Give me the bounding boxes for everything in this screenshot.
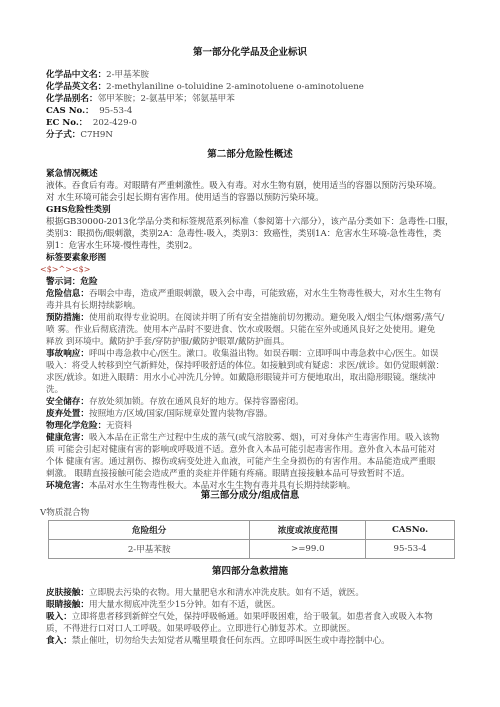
field-label: CAS No.： (46, 106, 94, 116)
mixture-label: V物质混合物 (40, 507, 89, 519)
prevention-cont: 释放 到环境中。戴防护手套/穿防护服/戴防护眼罩/戴防护面具。 (46, 336, 460, 348)
disposal-label: 废弃处置： (46, 409, 89, 419)
disposal-value: 按照地方/区域/国家/国际规章处置内装物/容器。 (89, 409, 272, 419)
field-value: 2-methylaniline o-toluidine 2-aminotolue… (106, 82, 364, 92)
section4-title: 第四部分急救措施 (0, 566, 500, 578)
field-cn-name: 化学品中文名：2-甲基苯胺 (46, 69, 460, 81)
first-aid-text: 立即脱去污染的衣物。用大量肥皂水和清水冲洗皮肤。如有不适，就医。 (89, 588, 364, 598)
response-cont: 洗。 (46, 384, 460, 396)
composition-table: 危险组分 浓度或浓度范围 CASNo. 2-甲基苯胺 >=99.0 95-53-… (48, 520, 455, 559)
first-aid-label: 眼睛接触： (46, 600, 89, 610)
signal-word-value: 危险 (80, 277, 97, 287)
first-aid-label: 皮肤接触： (46, 588, 89, 598)
response: 事故响应：呼叫中毒急救中心/医生。漱口。收集溢出物。如误吞咽：立即呼叫中毒急救中… (46, 348, 460, 360)
label-heading: 标签要素象形图 (46, 252, 460, 264)
pictogram-placeholder: <$>^><$> (40, 264, 460, 276)
table-header: 浓度或浓度范围 (250, 521, 366, 540)
field-ec: EC No.： 202-429-0 (46, 117, 460, 129)
table-row: 2-甲基苯胺 >=99.0 95-53-4 (49, 540, 455, 559)
table-header: CASNo. (366, 521, 455, 540)
ghs-line: 类别3：眼损伤/眼刺激，类别2A：急毒性-吸入，类别3：致癌性，类别1A：危害水… (46, 228, 460, 240)
table-header-row: 危险组分 浓度或浓度范围 CASNo. (49, 521, 455, 540)
ghs-line: 根据GB30000-2013化学品分类和标签规范系列标准（参阅第十六部分），该产… (46, 216, 460, 228)
field-value: 2-甲基苯胺 (106, 70, 149, 80)
health-cont: 刺激。 眼睛直接接触可能会造成严重的炎症并伴随有疼痛。眼睛直接接触本品可导致暂时… (46, 468, 460, 480)
hazard-info-text: 吞咽会中毒，造成严重眼刺激，吸入会中毒，可能致癌，对水生生物毒性极大，对水生生物… (89, 289, 441, 299)
ghs-line: 别1：危害水生环境-慢性毒性，类别2。 (46, 240, 460, 252)
field-label: 分子式： (46, 130, 80, 140)
field-value: 202-429-0 (93, 118, 137, 128)
health-label: 健康危害： (46, 433, 89, 443)
first-aid-text: 用大量水彻底冲洗至少15分钟。如有不适，就医。 (89, 600, 280, 610)
health: 健康危害：吸入本品在正常生产过程中生成的蒸气(或气溶胶雾、烟)，可对身体产生毒害… (46, 432, 460, 444)
table-cell: >=99.0 (250, 540, 366, 559)
field-cas: CAS No.： 95-53-4 (46, 105, 460, 117)
section3-title: 第三部分成分/组成信息 (0, 490, 500, 502)
section1-fields: 化学品中文名：2-甲基苯胺 化学品英文名：2-methylaniline o-t… (46, 69, 460, 141)
field-en-name: 化学品英文名：2-methylaniline o-toluidine 2-ami… (46, 81, 460, 93)
table-cell: 2-甲基苯胺 (49, 540, 250, 559)
response-label: 事故响应： (46, 349, 89, 359)
field-value: C7H9N (80, 130, 113, 140)
field-label: 化学品别名： (46, 94, 98, 104)
sds-document: 第一部分化学品及企业标识 化学品中文名：2-甲基苯胺 化学品英文名：2-meth… (0, 0, 500, 707)
prevention-cont: 喷 雾。作业后彻底清洗。使用本产品时不要进食、饮水或吸烟。只能在室外或通风良好之… (46, 324, 460, 336)
first-aid-text: 立即将患者移到新鲜空气处，保持呼吸畅通。如果呼吸困难，给于吸氧。如患者食入或吸入… (72, 612, 433, 622)
response-cont: 求医/就诊。如进入眼睛：用水小心冲洗几分钟。如戴隐形眼镜并可方便地取出，取出隐形… (46, 372, 460, 384)
response-cont: 吸入：将受人转移到空气新鲜处，保持呼吸舒适的体位。如接触到或有疑虑：求医/就诊。… (46, 360, 460, 372)
hazard-info-label: 危险信息： (46, 289, 89, 299)
first-aid-ingest: 食入：禁止催吐，切勿给失去知觉者从嘴里喂食任何东西。立即呼叫医生或中毒控制中心。 (46, 635, 460, 647)
health-text: 吸入本品在正常生产过程中生成的蒸气(或气溶胶雾、烟)，可对身体产生毒害作用。吸入… (89, 433, 439, 443)
hazard-info: 危险信息：吞咽会中毒，造成严重眼刺激，吸入会中毒，可能致癌，对水生生物毒性极大，… (46, 288, 460, 300)
response-text: 呼叫中毒急救中心/医生。漱口。收集溢出物。如误吞咽：立即呼叫中毒急救中心/医生。… (89, 349, 439, 359)
prevention: 预防措施：使用前取得专业说明。在阅读并明了所有安全措施前切勿搬动。避免吸入/烟尘… (46, 312, 460, 324)
first-aid-eye: 眼睛接触：用大量水彻底冲洗至少15分钟。如有不适，就医。 (46, 599, 460, 611)
storage: 安全储存：存放处须加锁。存放在通风良好的地方。保持容器密闭。 (46, 396, 460, 408)
prevention-label: 预防措施： (46, 313, 89, 323)
section2-title: 第二部分危险性概述 (0, 149, 500, 161)
first-aid-skin: 皮肤接触：立即脱去污染的衣物。用大量肥皂水和清水冲洗皮肤。如有不适，就医。 (46, 587, 460, 599)
field-value: 95-53-4 (99, 106, 132, 116)
emergency-line: 对 水生环境可能会引起长期有害作用。使用适当的容器以预防污染环境。 (46, 192, 460, 204)
emergency-heading: 紧急情况概述 (46, 168, 460, 180)
section4-body: 皮肤接触：立即脱去污染的衣物。用大量肥皂水和清水冲洗皮肤。如有不适，就医。 眼睛… (46, 587, 460, 647)
section1-title: 第一部分化学品及企业标识 (0, 47, 500, 59)
field-label: 化学品英文名： (46, 82, 106, 92)
storage-value: 存放处须加锁。存放在通风良好的地方。保持容器密闭。 (89, 397, 304, 407)
table-header: 危险组分 (49, 521, 250, 540)
first-aid-inhale-cont: 质，不得进行口对口人工呼吸。如果呼吸停止。立即进行心肺复苏术。立即就医。 (46, 623, 460, 635)
first-aid-inhale: 吸入：立即将患者移到新鲜空气处，保持呼吸畅通。如果呼吸困难，给于吸氧。如患者食入… (46, 611, 460, 623)
first-aid-text: 禁止催吐，切勿给失去知觉者从嘴里喂食任何东西。立即呼叫医生或中毒控制中心。 (72, 636, 390, 646)
field-label: 化学品中文名： (46, 70, 106, 80)
table-cell: 95-53-4 (366, 540, 455, 559)
first-aid-label: 吸入： (46, 612, 72, 622)
storage-label: 安全储存： (46, 397, 89, 407)
ghs-heading: GHS危险性类别 (46, 204, 460, 216)
field-formula: 分子式：C7H9N (46, 129, 460, 141)
field-value: 邻甲苯胺；2-氨基甲苯；邻氨基甲苯 (98, 94, 235, 104)
health-cont: 质 可能会引起对健康有害的影响或呼吸道不适。意外食入本品可能引起毒害作用。意外食… (46, 444, 460, 456)
physchem-label: 物理化学危险： (46, 421, 106, 431)
field-label: EC No.： (46, 118, 87, 128)
field-alias: 化学品别名：邻甲苯胺；2-氨基甲苯；邻氨基甲苯 (46, 93, 460, 105)
physchem: 物理化学危险：无资料 (46, 420, 460, 432)
signal-word: 警示词：危险 (46, 276, 460, 288)
prevention-text: 使用前取得专业说明。在阅读并明了所有安全措施前切勿搬动。避免吸入/烟尘气体/烟雾… (89, 313, 444, 323)
signal-word-label: 警示词： (46, 277, 80, 287)
section2-body: 紧急情况概述 液体。吞食后有毒。对眼睛有严重刺激性。吸入有毒。对水生物有剧，使用… (46, 168, 460, 492)
health-cont: 个体 健康有害。通过割伤、擦伤或病变处进入血液，可能产生全身损伤的有害作用。本品… (46, 456, 460, 468)
disposal: 废弃处置：按照地方/区域/国家/国际规章处置内装物/容器。 (46, 408, 460, 420)
physchem-value: 无资料 (106, 421, 132, 431)
first-aid-label: 食入： (46, 636, 72, 646)
hazard-info-cont: 毒并具有长期持续影响。 (46, 300, 460, 312)
emergency-line: 液体。吞食后有毒。对眼睛有严重刺激性。吸入有毒。对水生物有剧，使用适当的容器以预… (46, 180, 460, 192)
